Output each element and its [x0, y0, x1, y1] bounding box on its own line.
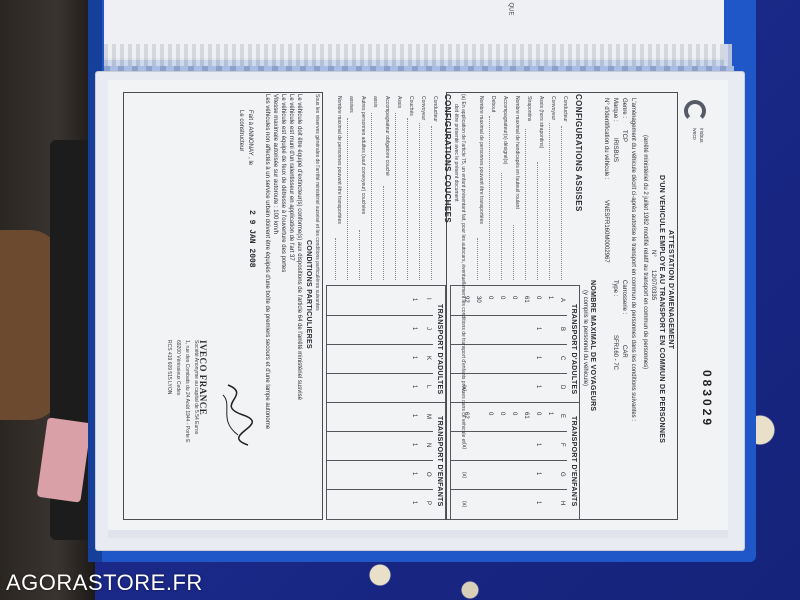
seated-table: TRANSPORT D'ADULTES TRANSPORT D'ENFANTS …: [450, 285, 580, 520]
seated-a-value: 0: [535, 296, 541, 299]
col-h: H: [559, 501, 565, 505]
type-label: Type :: [612, 280, 618, 296]
seated-col-marker: 1: [535, 472, 541, 475]
col-f: F: [559, 443, 565, 447]
seated-row-label: Debout: [490, 96, 496, 112]
sleeper-col-marker: 1: [411, 327, 417, 330]
seated-note-marker: (a): [461, 501, 467, 507]
marque-label: Marque :: [612, 98, 618, 122]
signature-icon: [208, 380, 258, 450]
seated-col-marker: 1: [535, 356, 541, 359]
seated-adults-header: TRANSPORT D'ADULTES: [570, 304, 577, 394]
number-value: 12/07/0335: [650, 270, 656, 300]
seated-col-marker: 1: [535, 385, 541, 388]
seated-e-value: 1: [547, 412, 553, 415]
title-line-1: ATTESTATION D'AMENAGEMENT: [667, 230, 674, 349]
seated-note-marker: (a): [461, 443, 467, 449]
sleeper-row-label: Nombre maximal de personnes pouvant être…: [336, 96, 342, 224]
max-passengers-heading: NOMBRE MAXIMAL DE VOYAGEURS: [589, 280, 596, 411]
seated-e-value: 0: [511, 412, 517, 415]
decree-text: (arrêté ministériel du 2 juillet 1982 mo…: [642, 135, 648, 369]
seated-e-value: 0: [487, 412, 493, 415]
condition-item: Le véhicule est muni d'un ralentisseur e…: [288, 94, 294, 261]
sleeper-row-label: Couchés: [408, 96, 414, 116]
serial-number: 083029: [700, 370, 714, 428]
seated-row-label: Accompagnateur(s) désigné(s): [502, 96, 508, 164]
seated-a-value: 1: [547, 296, 553, 299]
logo-text: irisbus: [698, 128, 704, 142]
vin-label: N° d'identification du véhicule :: [603, 98, 609, 180]
seated-row-label: Nombre maximal de personnes pouvant être…: [478, 96, 484, 224]
sleeper-row-label: assises: [348, 96, 354, 113]
col-j: J: [425, 327, 431, 330]
seated-row-label: Convoyeur: [550, 96, 556, 120]
seated-row-label: Assis (hors strapontins): [538, 96, 544, 148]
irisbus-logo-icon: [684, 100, 706, 122]
seated-col-marker: 1: [535, 327, 541, 330]
seated-children-header: TRANSPORT D'ENFANTS: [570, 416, 577, 507]
carrosserie-label: Carrosserie :: [621, 280, 627, 314]
rotated-page: irisbus iveco 083029 ATTESTATION D'AMENA…: [108, 80, 728, 530]
number-label: N°: [650, 250, 656, 257]
col-l: L: [425, 385, 431, 388]
sleeve-perforations: [104, 44, 732, 66]
place-label: Fait à ANNONAY , le: [247, 110, 253, 165]
vin-value: VNESFR160M0002967: [603, 200, 609, 263]
sleeper-col-marker: 1: [411, 443, 417, 446]
stamp-line: Société Anonyme au capital de 5.54 Euros: [193, 340, 199, 434]
top-page-fragment: QUE: [508, 2, 514, 15]
agorastore-watermark: AGORASTORE.FR: [6, 570, 203, 596]
stamp-line: 69200 Vénissieux Cedex: [175, 340, 181, 395]
sleeper-row-label: Convoyeur: [420, 96, 426, 120]
col-a: A: [559, 298, 565, 302]
seated-col-marker: 1: [535, 501, 541, 504]
seated-row-label: Nombre maximal de handicapés en fauteuil…: [514, 96, 520, 209]
type-value: SFR160 - 7C: [612, 335, 618, 370]
sleeper-col-marker: 1: [411, 298, 417, 301]
sleeper-table: TRANSPORT D'ADULTES TRANSPORT D'ENFANTS …: [326, 285, 446, 520]
sleeper-heading: CONFIGURATIONS COUCHEES: [443, 94, 452, 223]
col-i: I: [425, 298, 431, 300]
genre-label: Genre :: [621, 98, 627, 118]
logo-subtext: iveco: [691, 128, 697, 140]
genre-value: TCP: [621, 130, 627, 142]
sleeper-row-label: Accompagnateur obligatoire couché: [384, 96, 390, 176]
date-stamp: 2 9 JAN 2008: [247, 210, 256, 268]
conditions-intro: Sous les réserves générales de l'arrêté …: [314, 94, 320, 311]
seated-note-marker: (a): [461, 472, 467, 478]
stamp-line: RCS 419 609 515 LYON: [166, 340, 172, 394]
sleeper-col-marker: 1: [411, 385, 417, 388]
intro-text: L'aménagement du véhicule décrit ci-aprè…: [630, 98, 636, 421]
col-p: P: [425, 501, 431, 505]
col-o: O: [425, 472, 431, 477]
col-g: G: [559, 472, 565, 477]
seated-a-value: 0: [511, 296, 517, 299]
seated-note-a: (a) En application de l'article 75, un e…: [460, 94, 466, 443]
seated-row-label: Strapontins: [526, 96, 532, 121]
maker-label: Le constructeur: [238, 110, 244, 151]
seated-a-value: 0: [487, 296, 493, 299]
seated-e-value: 0: [499, 412, 505, 415]
attestation-document: irisbus iveco 083029 ATTESTATION D'AMENA…: [108, 80, 728, 530]
seated-heading: CONFIGURATIONS ASSISES: [574, 94, 583, 212]
sleeper-row-label: Autres personnes adultes (sauf convoyeur…: [360, 96, 366, 214]
seated-e-value: 0: [535, 412, 541, 415]
sleeper-row-label: Assis: [396, 96, 402, 108]
col-k: K: [425, 356, 431, 360]
seated-a-value: 0: [499, 296, 505, 299]
seated-e-value: 61: [523, 412, 529, 419]
condition-item: Vitesse maximale autorisée sur autoroute…: [272, 94, 278, 234]
condition-item: Les véhicules non affectés à un service …: [264, 94, 270, 429]
seated-a-value: 30: [475, 296, 481, 303]
condition-item: Le véhicule doit être équipé d'extincteu…: [296, 94, 302, 400]
sleeper-col-marker: 1: [411, 414, 417, 417]
seated-row-label: Conducteur: [562, 96, 568, 122]
sleeper-adults-header: TRANSPORT D'ADULTES: [436, 304, 443, 394]
col-d: D: [559, 385, 565, 389]
sleeper-col-marker: 1: [411, 472, 417, 475]
seated-note-b: doit être présenté avec le présent docum…: [453, 104, 459, 202]
sleeper-row-label: Conducteur: [432, 96, 438, 122]
seated-col-marker: 1: [535, 443, 541, 446]
stamp-line: IVECO FRANCE: [198, 340, 208, 415]
marque-value: IRISBUS: [612, 138, 618, 162]
col-n: N: [425, 443, 431, 447]
sleeper-col-marker: 1: [411, 356, 417, 359]
sleeper-row-label: assis: [372, 96, 378, 107]
col-m: M: [425, 414, 431, 419]
col-b: B: [559, 327, 565, 331]
seated-a-value: 61: [523, 296, 529, 303]
title-line-2: D'UN VEHICULE EMPLOYE AU TRANSPORT EN CO…: [658, 175, 665, 443]
max-passengers-sub: (y compris le personnel du véhicule): [582, 290, 588, 386]
sleeper-children-header: TRANSPORT D'ENFANTS: [436, 416, 443, 507]
sleeper-col-marker: 1: [411, 501, 417, 504]
conditions-heading: CONDITIONS PARTICULIERES: [305, 240, 312, 349]
carrosserie-value: CAR: [621, 345, 627, 358]
condition-item: Le véhicule est équipé de feux de détres…: [280, 94, 286, 272]
col-c: C: [559, 356, 565, 360]
stamp-line: 1, rue des Combats du 24 Août 1944 - Por…: [184, 340, 190, 443]
col-e: E: [559, 414, 565, 418]
